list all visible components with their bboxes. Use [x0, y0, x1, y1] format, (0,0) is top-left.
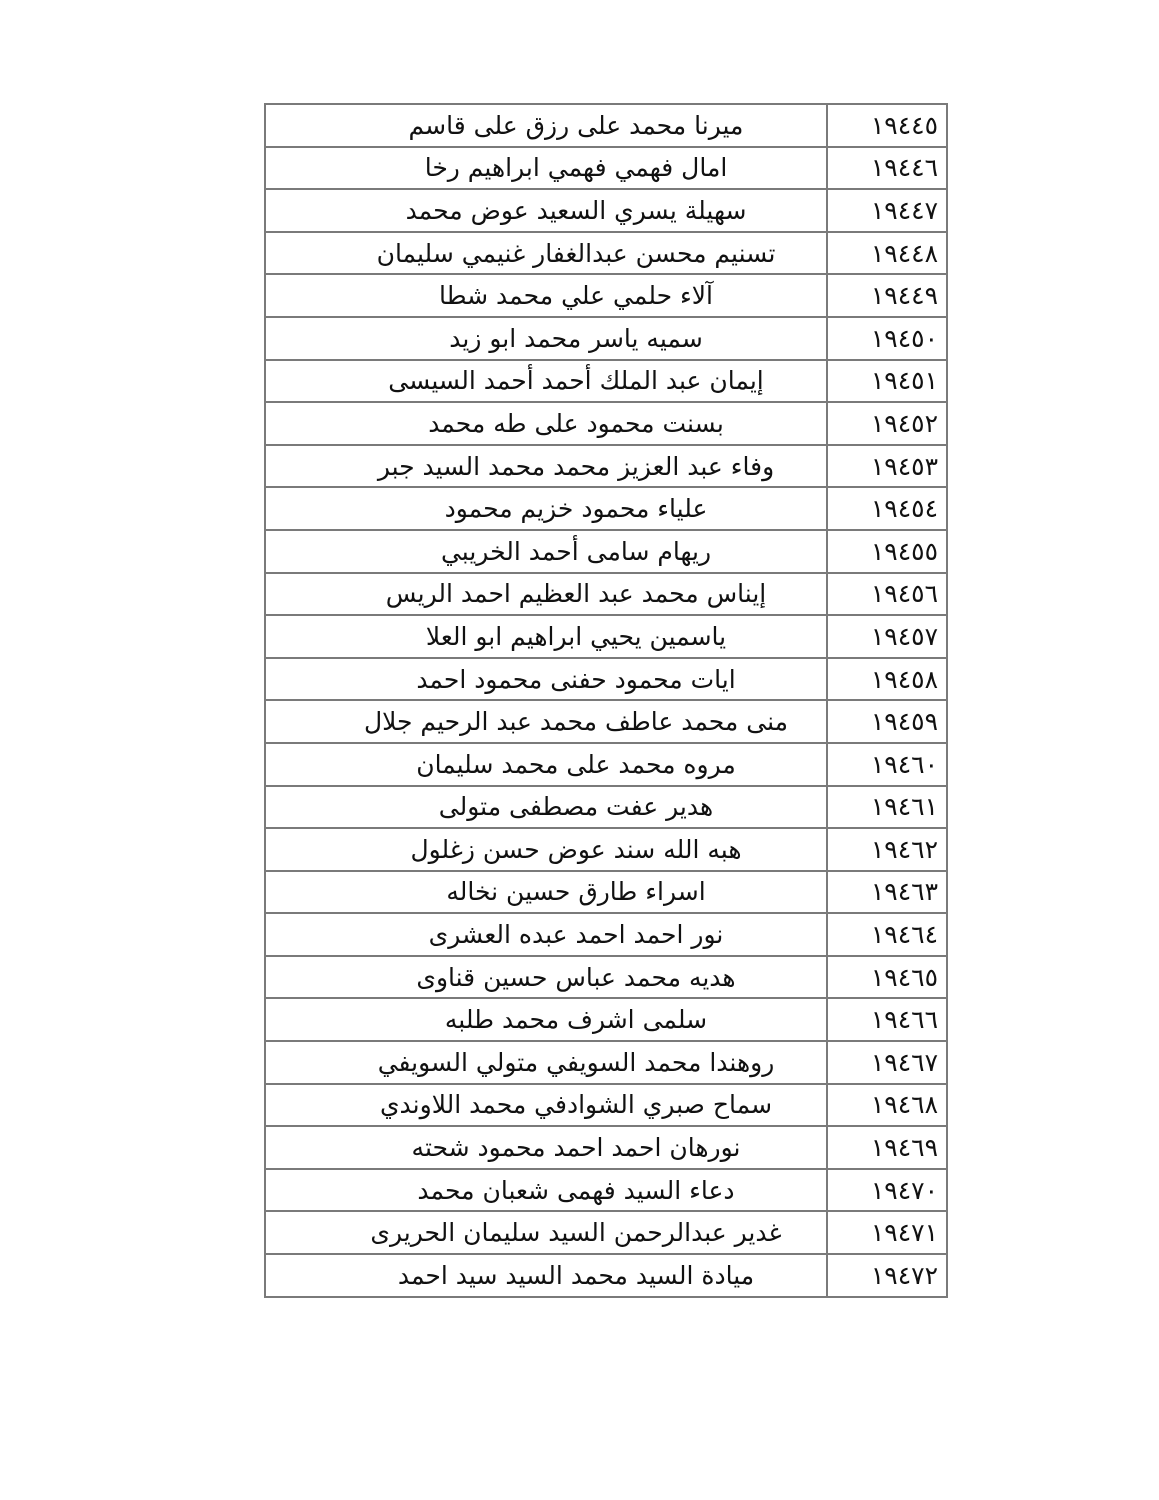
- table-row: ١٩٤٤٥ميرنا محمد على رزق على قاسم: [265, 104, 947, 147]
- row-name: سميه ياسر محمد ابو زيد: [265, 317, 827, 360]
- table-row: ١٩٤٦٤نور احمد احمد عبده العشرى: [265, 913, 947, 956]
- table-row: ١٩٤٥٧ياسمين يحيي ابراهيم ابو العلا: [265, 615, 947, 658]
- row-number: ١٩٤٤٦: [827, 147, 947, 190]
- table-row: ١٩٤٥٩منى محمد عاطف محمد عبد الرحيم جلال: [265, 700, 947, 743]
- row-name: سهيلة يسري السعيد عوض محمد: [265, 189, 827, 232]
- table-row: ١٩٤٦٧روهندا محمد السويفي متولي السويفي: [265, 1041, 947, 1084]
- table-row: ١٩٤٥٣وفاء عبد العزيز محمد محمد السيد جبر: [265, 445, 947, 488]
- table-row: ١٩٤٦٣اسراء طارق حسين نخاله: [265, 871, 947, 914]
- row-name: ريهام سامى أحمد الخريبي: [265, 530, 827, 573]
- row-number: ١٩٤٤٩: [827, 274, 947, 317]
- names-table: ١٩٤٤٥ميرنا محمد على رزق على قاسم ١٩٤٤٦ام…: [264, 103, 948, 1298]
- table-row: ١٩٤٥٦إيناس محمد عبد العظيم احمد الريس: [265, 573, 947, 616]
- row-name: نور احمد احمد عبده العشرى: [265, 913, 827, 956]
- table-row: ١٩٤٥٨ايات محمود حفنى محمود احمد: [265, 658, 947, 701]
- table-row: ١٩٤٥١إيمان عبد الملك أحمد أحمد السيسى: [265, 360, 947, 403]
- row-name: مروه محمد على محمد سليمان: [265, 743, 827, 786]
- row-number: ١٩٤٤٧: [827, 189, 947, 232]
- row-name: منى محمد عاطف محمد عبد الرحيم جلال: [265, 700, 827, 743]
- row-name: هبه الله سند عوض حسن زغلول: [265, 828, 827, 871]
- row-number: ١٩٤٧٠: [827, 1169, 947, 1212]
- table-row: ١٩٤٥٥ريهام سامى أحمد الخريبي: [265, 530, 947, 573]
- row-name: هدير عفت مصطفى متولى: [265, 786, 827, 829]
- row-name: ياسمين يحيي ابراهيم ابو العلا: [265, 615, 827, 658]
- table-row: ١٩٤٥٤علياء محمود خزيم محمود: [265, 487, 947, 530]
- table-row: ١٩٤٦١هدير عفت مصطفى متولى: [265, 786, 947, 829]
- row-name: ميادة السيد محمد السيد سيد احمد: [265, 1254, 827, 1297]
- table-row: ١٩٤٥٢بسنت محمود على طه محمد: [265, 402, 947, 445]
- table-row: ١٩٤٤٨تسنيم محسن عبدالغفار غنيمي سليمان: [265, 232, 947, 275]
- row-number: ١٩٤٦٩: [827, 1126, 947, 1169]
- row-number: ١٩٤٦٨: [827, 1084, 947, 1127]
- row-number: ١٩٤٦٥: [827, 956, 947, 999]
- row-number: ١٩٤٧٢: [827, 1254, 947, 1297]
- table-row: ١٩٤٧٠دعاء السيد فهمى شعبان محمد: [265, 1169, 947, 1212]
- row-number: ١٩٤٦٦: [827, 998, 947, 1041]
- row-number: ١٩٤٥٦: [827, 573, 947, 616]
- row-number: ١٩٤٥٠: [827, 317, 947, 360]
- row-name: امال فهمي فهمي ابراهيم رخا: [265, 147, 827, 190]
- row-name: هديه محمد عباس حسين قناوى: [265, 956, 827, 999]
- row-name: نورهان احمد احمد محمود شحته: [265, 1126, 827, 1169]
- table-row: ١٩٤٦٠مروه محمد على محمد سليمان: [265, 743, 947, 786]
- row-name: روهندا محمد السويفي متولي السويفي: [265, 1041, 827, 1084]
- row-name: ايات محمود حفنى محمود احمد: [265, 658, 827, 701]
- row-name: إيناس محمد عبد العظيم احمد الريس: [265, 573, 827, 616]
- table-row: ١٩٤٦٩نورهان احمد احمد محمود شحته: [265, 1126, 947, 1169]
- row-number: ١٩٤٦٣: [827, 871, 947, 914]
- row-name: علياء محمود خزيم محمود: [265, 487, 827, 530]
- row-name: بسنت محمود على طه محمد: [265, 402, 827, 445]
- row-number: ١٩٤٦٧: [827, 1041, 947, 1084]
- row-name: وفاء عبد العزيز محمد محمد السيد جبر: [265, 445, 827, 488]
- table-row: ١٩٤٦٦سلمى اشرف محمد طلبه: [265, 998, 947, 1041]
- row-name: اسراء طارق حسين نخاله: [265, 871, 827, 914]
- row-number: ١٩٤٦٠: [827, 743, 947, 786]
- row-name: سلمى اشرف محمد طلبه: [265, 998, 827, 1041]
- row-number: ١٩٤٤٥: [827, 104, 947, 147]
- table-row: ١٩٤٤٦امال فهمي فهمي ابراهيم رخا: [265, 147, 947, 190]
- row-number: ١٩٤٤٨: [827, 232, 947, 275]
- row-name: آلاء حلمي علي محمد شطا: [265, 274, 827, 317]
- document-page: ١٩٤٤٥ميرنا محمد على رزق على قاسم ١٩٤٤٦ام…: [0, 0, 1159, 1500]
- row-name: غدير عبدالرحمن السيد سليمان الحريرى: [265, 1211, 827, 1254]
- table-row: ١٩٤٧٢ميادة السيد محمد السيد سيد احمد: [265, 1254, 947, 1297]
- row-number: ١٩٤٦١: [827, 786, 947, 829]
- table-row: ١٩٤٦٥هديه محمد عباس حسين قناوى: [265, 956, 947, 999]
- row-number: ١٩٤٥٣: [827, 445, 947, 488]
- row-name: دعاء السيد فهمى شعبان محمد: [265, 1169, 827, 1212]
- row-number: ١٩٤٥٧: [827, 615, 947, 658]
- table-row: ١٩٤٧١غدير عبدالرحمن السيد سليمان الحريرى: [265, 1211, 947, 1254]
- row-number: ١٩٤٥٨: [827, 658, 947, 701]
- row-name: ميرنا محمد على رزق على قاسم: [265, 104, 827, 147]
- table-row: ١٩٤٦٢هبه الله سند عوض حسن زغلول: [265, 828, 947, 871]
- row-number: ١٩٤٦٤: [827, 913, 947, 956]
- table-row: ١٩٤٤٩آلاء حلمي علي محمد شطا: [265, 274, 947, 317]
- row-name: إيمان عبد الملك أحمد أحمد السيسى: [265, 360, 827, 403]
- names-table-body: ١٩٤٤٥ميرنا محمد على رزق على قاسم ١٩٤٤٦ام…: [265, 104, 947, 1297]
- row-number: ١٩٤٥١: [827, 360, 947, 403]
- row-name: سماح صبري الشوادفي محمد اللاوندي: [265, 1084, 827, 1127]
- row-number: ١٩٤٥٥: [827, 530, 947, 573]
- row-number: ١٩٤٥٢: [827, 402, 947, 445]
- row-number: ١٩٤٥٤: [827, 487, 947, 530]
- row-name: تسنيم محسن عبدالغفار غنيمي سليمان: [265, 232, 827, 275]
- table-row: ١٩٤٤٧سهيلة يسري السعيد عوض محمد: [265, 189, 947, 232]
- row-number: ١٩٤٥٩: [827, 700, 947, 743]
- table-row: ١٩٤٦٨سماح صبري الشوادفي محمد اللاوندي: [265, 1084, 947, 1127]
- row-number: ١٩٤٧١: [827, 1211, 947, 1254]
- table-row: ١٩٤٥٠سميه ياسر محمد ابو زيد: [265, 317, 947, 360]
- row-number: ١٩٤٦٢: [827, 828, 947, 871]
